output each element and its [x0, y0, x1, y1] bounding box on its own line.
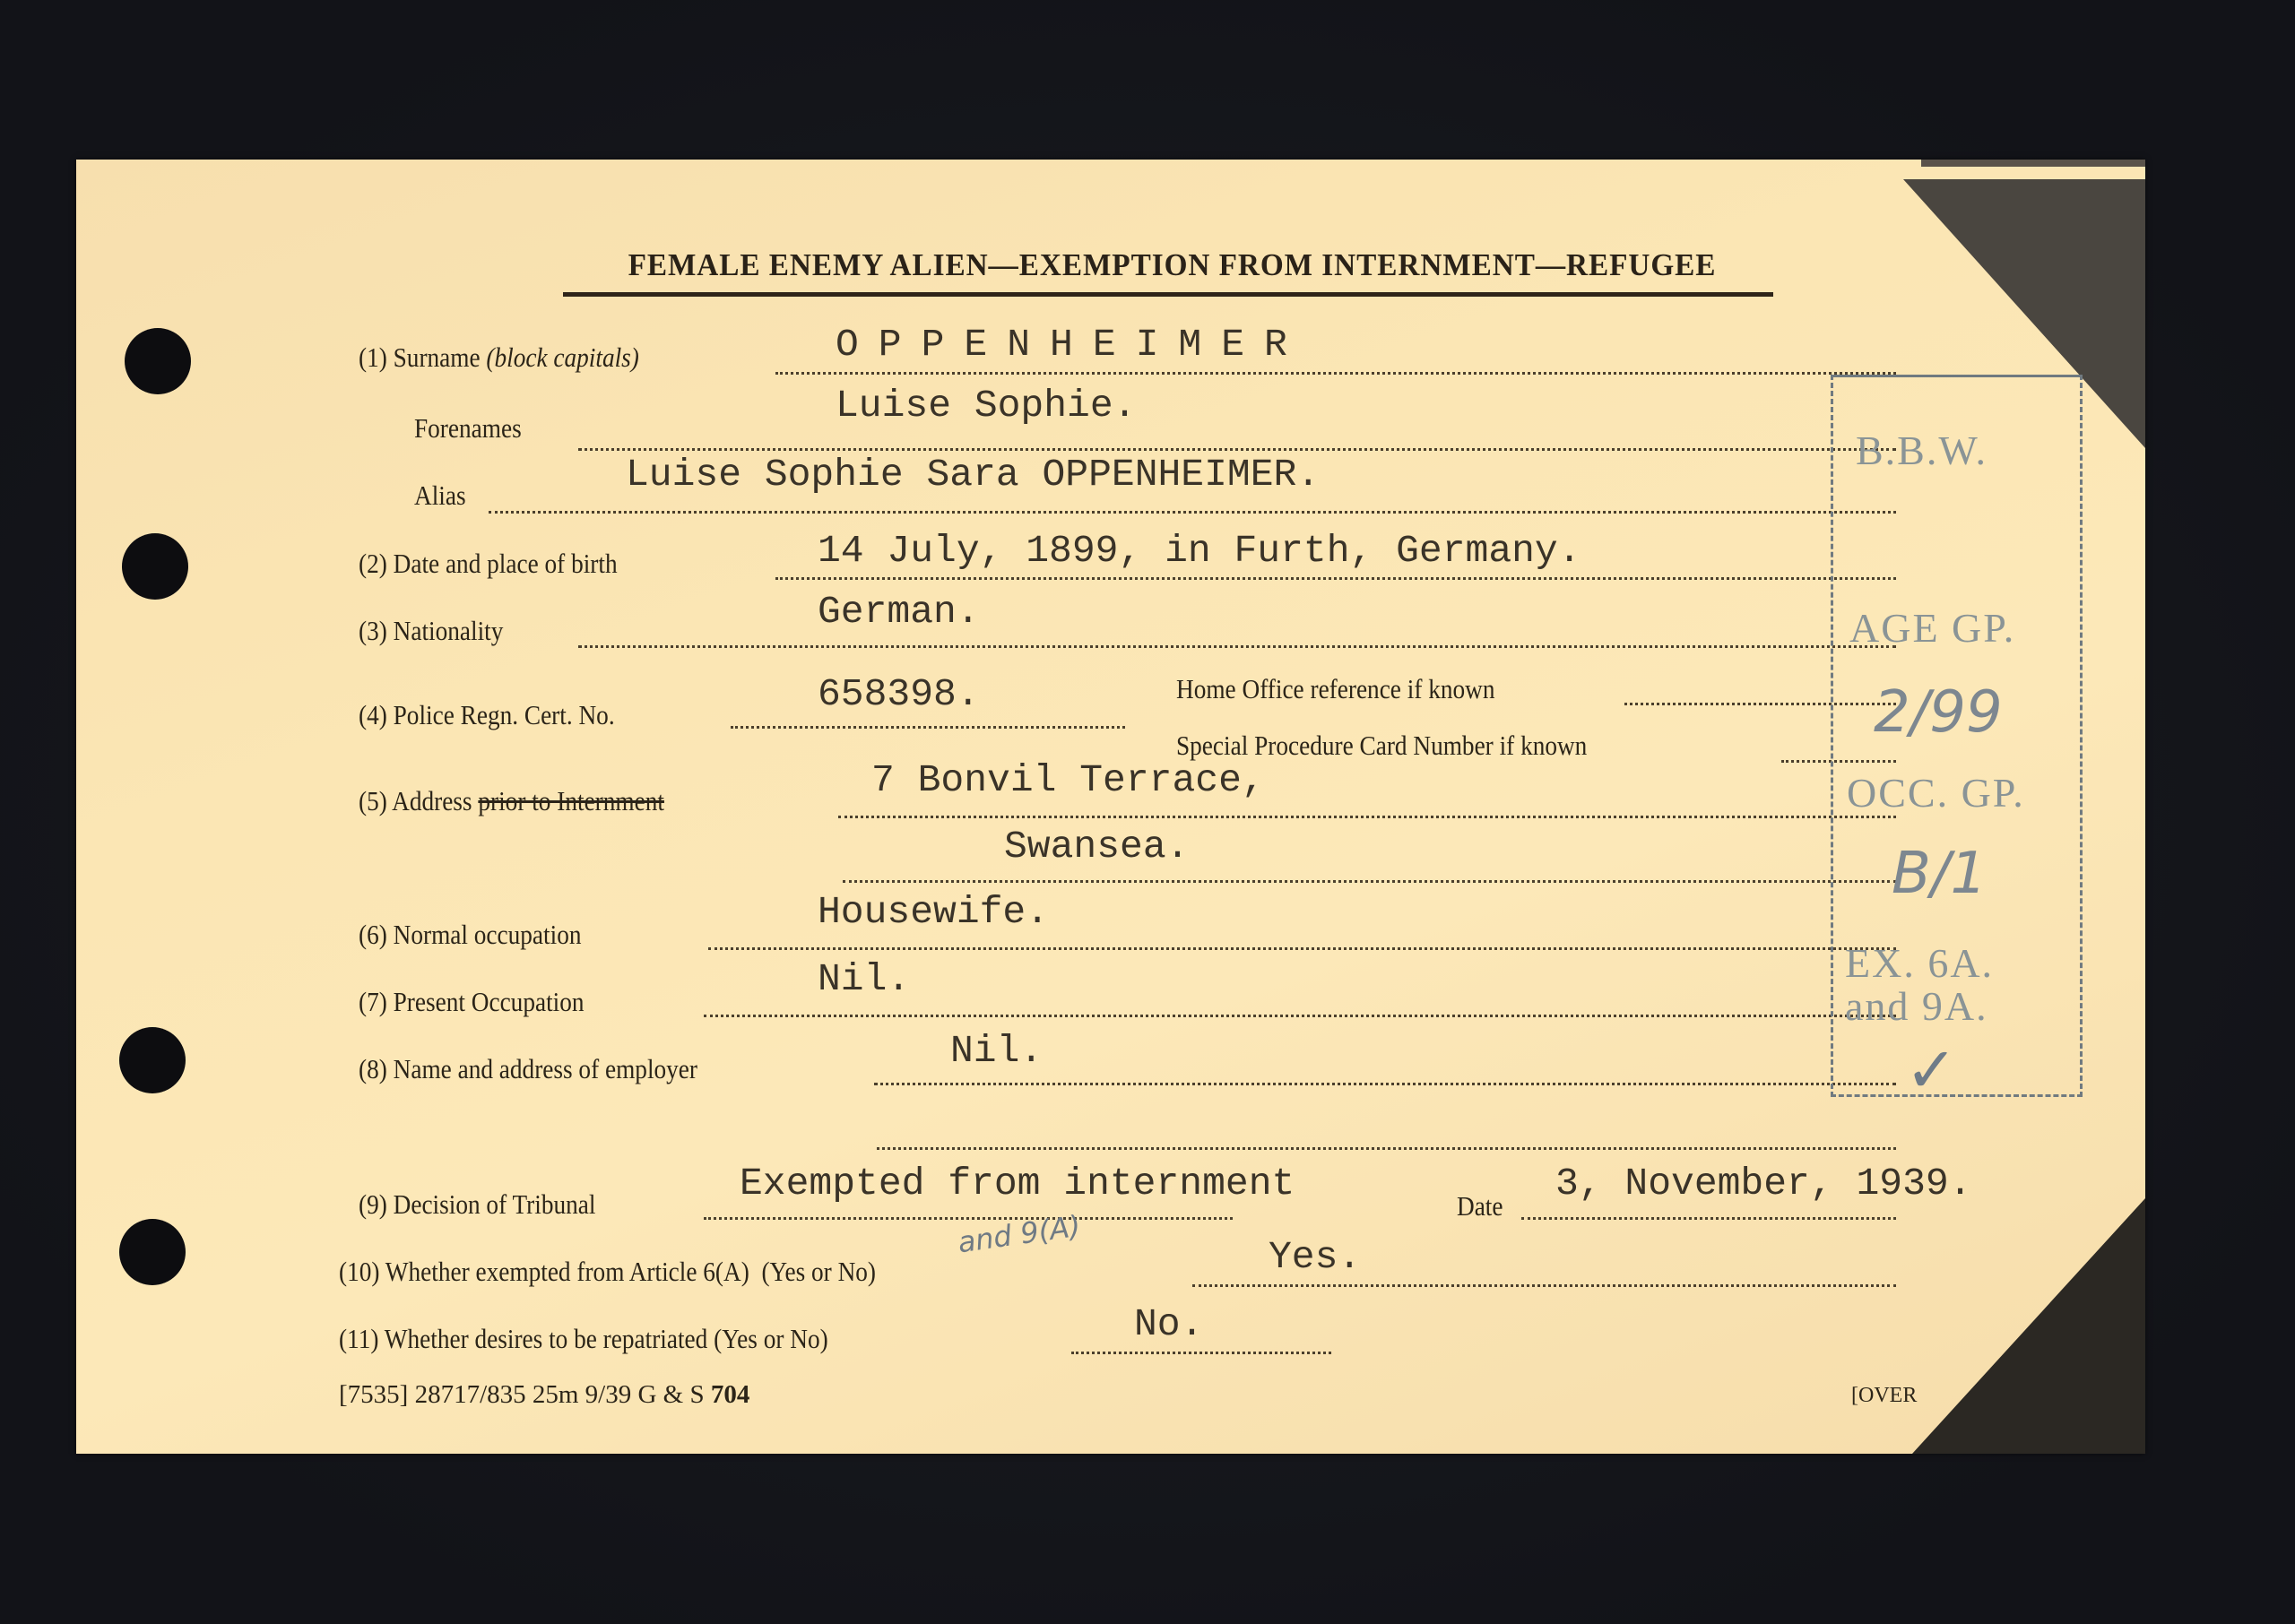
employer-line-1 [874, 1083, 1896, 1085]
stamp-occ-group: OCC. GP. [1847, 769, 2025, 816]
stamp-bbw: B.B.W. [1856, 427, 1988, 474]
employer-line-2 [877, 1147, 1896, 1150]
forenames-line [578, 448, 1896, 451]
forenames-value: Luise Sophie. [836, 384, 1136, 428]
stamp-and-9a: and 9A. [1845, 982, 1988, 1030]
present-occupation-line [704, 1015, 1896, 1017]
address-line-1 [838, 816, 1896, 818]
nationality-line [578, 645, 1896, 648]
punch-hole [125, 328, 191, 394]
birth-line [775, 577, 1896, 580]
decision-line [704, 1217, 1233, 1220]
nationality-label: (3) Nationality [359, 615, 503, 647]
employer-value: Nil. [950, 1029, 1043, 1073]
repatriation-line [1071, 1352, 1331, 1354]
surname-value: OPPENHEIMER [836, 323, 1307, 367]
police-cert-label: (4) Police Regn. Cert. No. [359, 699, 615, 731]
handwritten-occ-group: B/1 [1892, 841, 1987, 907]
punch-hole [119, 1027, 186, 1093]
corner-mount-bottom-right [1912, 1198, 2145, 1454]
address-value-line2: Swansea. [1004, 825, 1189, 868]
decision-date-line [1521, 1217, 1896, 1220]
surname-label: (1) Surname (block capitals) [359, 341, 639, 374]
corner-mount-strip [1921, 160, 2145, 167]
stamp-age-group: AGE GP. [1849, 604, 2015, 652]
decision-date-value: 3, November, 1939. [1555, 1162, 1971, 1205]
record-card: FEMALE ENEMY ALIEN—EXEMPTION FROM INTERN… [76, 160, 2145, 1454]
repatriation-label: (11) Whether desires to be repatriated (… [339, 1323, 828, 1355]
title-underline [563, 292, 1773, 297]
alias-value: Luise Sophie Sara OPPENHEIMER. [626, 453, 1320, 497]
repatriation-value: No. [1134, 1302, 1203, 1346]
article-label: (10) Whether exempted from Article 6(A) … [339, 1256, 876, 1288]
normal-occupation-line [708, 947, 1896, 950]
card-title: FEMALE ENEMY ALIEN—EXEMPTION FROM INTERN… [595, 247, 1749, 283]
address-label: (5) Address prior to Internment [359, 785, 664, 817]
punch-hole [122, 533, 188, 600]
print-code: [7535] 28717/835 25m 9/39 G & S 704 [339, 1380, 749, 1410]
special-procedure-label: Special Procedure Card Number if known [1176, 730, 1587, 762]
alias-line [489, 511, 1896, 514]
normal-occupation-label: (6) Normal occupation [359, 919, 581, 951]
police-cert-value: 658398. [818, 672, 980, 716]
checkmark-icon: ✓ [1905, 1033, 1958, 1107]
address-value-line1: 7 Bonvil Terrace, [871, 758, 1265, 802]
home-office-ref-label: Home Office reference if known [1176, 673, 1494, 705]
stamp-ex-6a: EX. 6A. [1845, 939, 1994, 987]
birth-value: 14 July, 1899, in Furth, Germany. [818, 529, 1581, 573]
nationality-value: German. [818, 590, 980, 634]
employer-label: (8) Name and address of employer [359, 1053, 697, 1085]
alias-label: Alias [414, 479, 466, 512]
punch-hole [119, 1219, 186, 1285]
article-line [1192, 1284, 1896, 1287]
surname-line [775, 372, 1896, 375]
article-value: Yes. [1269, 1235, 1361, 1279]
present-occupation-label: (7) Present Occupation [359, 986, 585, 1018]
over-marker: [OVER [1851, 1384, 1917, 1408]
forenames-label: Forenames [414, 412, 522, 445]
police-cert-line [731, 726, 1125, 729]
normal-occupation-value: Housewife. [818, 890, 1049, 934]
present-occupation-value: Nil. [818, 957, 910, 1001]
decision-date-label: Date [1457, 1190, 1503, 1222]
birth-label: (2) Date and place of birth [359, 548, 618, 580]
decision-label: (9) Decision of Tribunal [359, 1188, 595, 1221]
decision-value: Exempted from internment [740, 1162, 1295, 1205]
handwritten-age-group: 2/99 [1874, 679, 2003, 746]
address-line-2 [843, 880, 1896, 883]
